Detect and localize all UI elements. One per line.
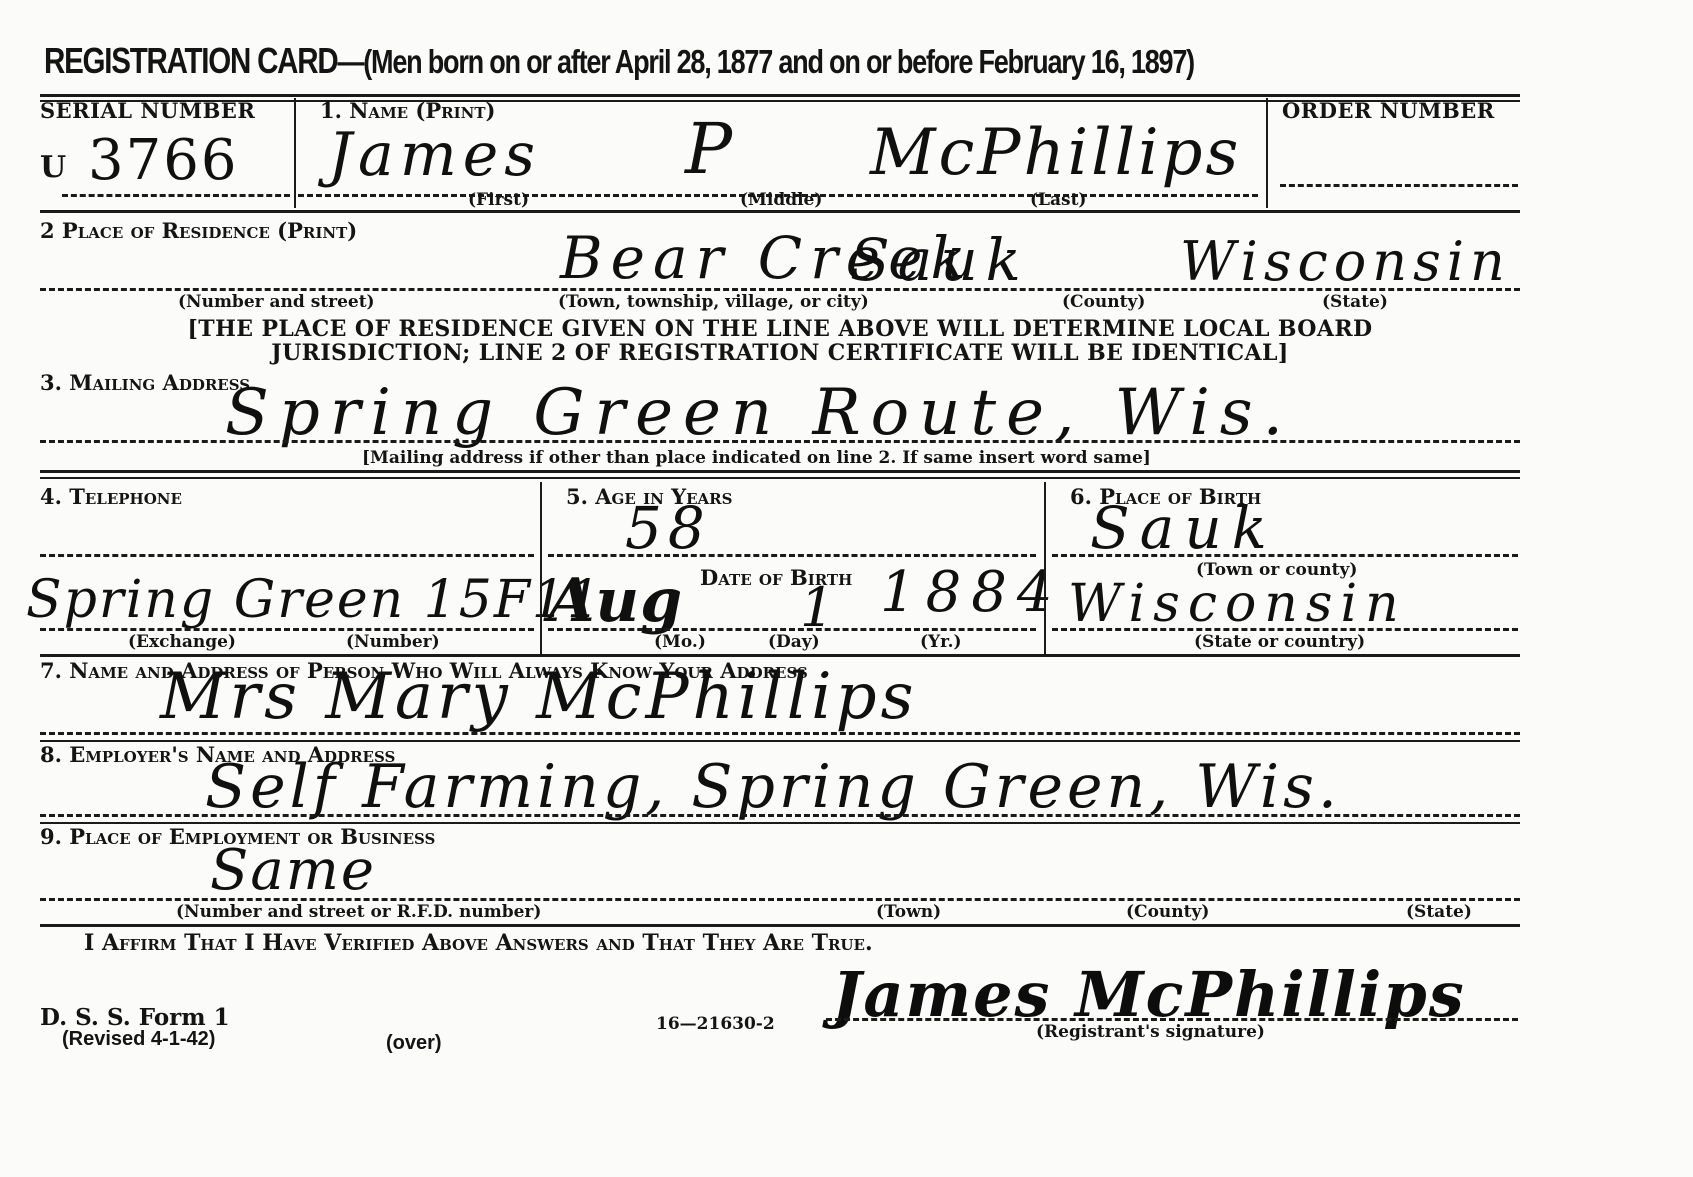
residence-line	[40, 288, 1520, 291]
print-code: 16—21630-2	[656, 1014, 775, 1034]
mailing-address-line	[40, 440, 1520, 443]
residence-town-caption: (Town, township, village, or city)	[558, 292, 869, 312]
telephone-line-1	[40, 554, 534, 557]
order-number-line	[1280, 184, 1518, 187]
residence-county-value: Sauk	[850, 226, 1029, 294]
signature-caption: (Registrant's signature)	[1036, 1022, 1265, 1042]
top-rule	[40, 94, 1520, 97]
age-line	[548, 554, 1036, 557]
birthplace-town-line	[1052, 554, 1518, 557]
birthplace-divider	[1044, 482, 1046, 654]
order-number-label: ORDER NUMBER	[1282, 98, 1495, 123]
dob-year-value: 1884	[880, 560, 1063, 625]
age-divider	[540, 482, 542, 654]
serial-prefix: U	[40, 150, 66, 185]
residence-notice-line1: [THE PLACE OF RESIDENCE GIVEN ON THE LIN…	[40, 316, 1520, 342]
telephone-value: Spring Green 15F11	[26, 570, 602, 630]
birthplace-state-line	[1052, 628, 1518, 631]
employment-value: Same	[210, 838, 376, 903]
telephone-exchange-caption: (Exchange)	[128, 632, 236, 652]
mailing-address-label: 3. Mailing Address	[40, 370, 250, 395]
dob-month-caption: (Mo.)	[654, 632, 706, 652]
form-revised: (Revised 4-1-42)	[62, 1028, 215, 1051]
employment-town-caption: (Town)	[876, 902, 941, 922]
mailing-address-caption: [Mailing address if other than place ind…	[362, 448, 1151, 468]
serial-divider	[294, 98, 296, 208]
residence-label: 2 Place of Residence (Print)	[40, 218, 357, 243]
last-name-value: McPhillips	[870, 116, 1241, 190]
mailing-address-value: Spring Green Route, Wis.	[225, 376, 1293, 450]
last-caption: (Last)	[1030, 190, 1086, 210]
middle-name-value: P	[685, 108, 738, 190]
card-subtitle: —(Men born on or after April 28, 1877 an…	[337, 43, 1194, 80]
residence-street-caption: (Number and street)	[178, 292, 375, 312]
birthplace-state-value: Wisconsin	[1068, 574, 1407, 634]
affirmation-text: I Affirm That I Have Verified Above Answ…	[84, 930, 873, 956]
serial-number-line	[62, 194, 290, 197]
row4-rule	[40, 654, 1520, 657]
over-note: (over)	[386, 1032, 442, 1055]
telephone-label: 4. Telephone	[40, 484, 182, 509]
signature-line	[826, 1018, 1518, 1021]
employment-street-caption: (Number and street or R.F.D. number)	[176, 902, 541, 922]
card-title: REGISTRATION CARD—(Men born on or after …	[44, 40, 1194, 82]
telephone-number-caption: (Number)	[346, 632, 440, 652]
birthplace-town-value: Sauk	[1090, 494, 1277, 562]
contact-line	[40, 732, 1520, 735]
residence-notice-line2: JURISDICTION; LINE 2 OF REGISTRATION CER…	[40, 340, 1520, 366]
birthplace-state-caption: (State or country)	[1194, 632, 1365, 652]
row1-rule	[40, 210, 1520, 213]
first-name-value: James	[328, 120, 541, 190]
telephone-line-2	[40, 628, 534, 631]
serial-number-label: SERIAL NUMBER	[40, 98, 255, 123]
row9-rule	[40, 924, 1520, 927]
dob-year-caption: (Yr.)	[920, 632, 962, 652]
dob-day-caption: (Day)	[768, 632, 820, 652]
contact-value: Mrs Mary McPhillips	[160, 660, 917, 734]
employer-line	[40, 814, 1520, 817]
employment-county-caption: (County)	[1126, 902, 1209, 922]
middle-caption: (Middle)	[740, 190, 822, 210]
employment-line	[40, 898, 1520, 901]
form-number: D. S. S. Form 1	[40, 1004, 230, 1031]
row3-rule	[40, 470, 1520, 473]
residence-state-value: Wisconsin	[1180, 230, 1511, 293]
employer-value: Self Farming, Spring Green, Wis.	[205, 752, 1341, 822]
order-divider	[1266, 98, 1268, 208]
employment-state-caption: (State)	[1406, 902, 1472, 922]
serial-number-value: 3766	[88, 128, 239, 193]
dob-line	[548, 628, 1036, 631]
card-title-text: REGISTRATION CARD	[44, 40, 337, 81]
dob-month-value: Aug	[548, 566, 683, 636]
residence-county-caption: (County)	[1062, 292, 1145, 312]
age-value: 58	[625, 494, 711, 562]
row3-rule-2	[40, 477, 1520, 479]
residence-state-caption: (State)	[1322, 292, 1388, 312]
first-caption: (First)	[468, 190, 529, 210]
